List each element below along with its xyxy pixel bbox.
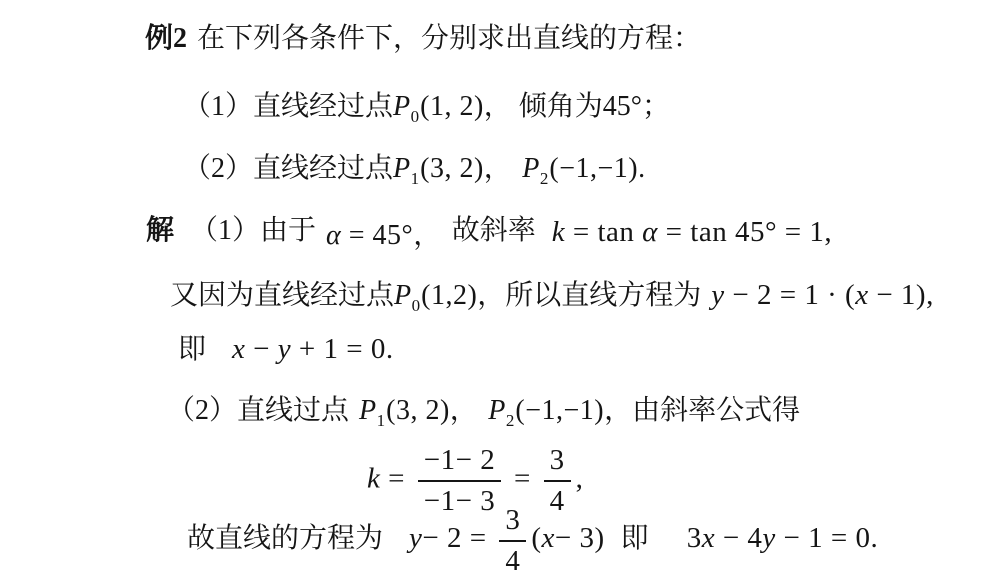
title-line: 例2在下列各条件下，分别求出直线的方程： [145,22,701,56]
final-point-slope-part1: − 2 = [422,522,494,554]
final-fraction-numerator: 3 [499,503,526,542]
point-p2-subscript-2: 2 [506,411,515,430]
final-equation-text: 故直线的方程为 [187,523,383,554]
point-slope-equation-part1: − 2 = 1 · ( [725,279,856,311]
point-p0-symbol: P [393,91,411,122]
point-p1-subscript-2: 1 [377,411,386,430]
slope-fraction-2-numerator: 3 [544,443,571,482]
ji-label: 即 [178,334,206,365]
y-symbol-3: y [409,522,422,554]
condition-1-line: （1）直线经过点P0(1, 2)， 倾角为45°； [183,90,670,127]
result-1-rest: + 1 = 0. [291,333,393,365]
slope-text: 故斜率 [452,215,536,246]
k-equation-part2: = tan 45° = 1, [658,216,832,248]
solution-2-intro: （2）直线过点 [167,395,349,426]
condition-1-angle: ， 倾角为45°； [484,91,670,122]
k-equation-part1: = tan [565,216,642,248]
point-p0-symbol-2: P [394,280,412,311]
title-text: 在下列各条件下，分别求出直线的方程： [197,23,701,54]
point-p0-coords: (1, 2) [420,91,484,122]
point-p1-subscript: 1 [411,169,420,188]
final-fraction: 34 [499,503,526,576]
point-p0-coords-2: (1,2) [421,280,477,311]
y-symbol: y [711,279,724,311]
point-p2-coords-2: (−1,−1) [515,395,604,426]
so-equation-text: ，所以直线方程为 [477,280,701,311]
k-symbol-2: k [367,462,380,494]
solution-2-line-1: （2）直线过点P1(3, 2)，P2(−1,−1)，由斜率公式得 [167,394,800,431]
point-p1-coords-2: (3, 2)， [386,395,478,426]
slope-equals-2: = [506,462,538,494]
general-equation-end: − 1 = 0. [776,522,878,554]
slope-equals-1: = [380,462,412,494]
final-point-slope-part2: − 3) [555,522,605,554]
point-p0-subscript-2: 0 [412,296,421,315]
y-symbol-4: y [762,522,775,554]
condition-1-text: （1）直线经过点 [183,91,393,122]
example-label: 例2 [145,23,187,54]
slope-formula-text: ，由斜率公式得 [604,395,800,426]
solution-1-line-2: 又因为直线经过点P0(1,2)，所以直线方程为y − 2 = 1 · (x − … [170,278,934,316]
x-symbol: x [855,279,868,311]
final-fraction-denominator: 4 [499,542,526,576]
point-p2-symbol-2: P [488,395,506,426]
point-p1-symbol-2: P [359,395,377,426]
solve-label: 解 [146,215,174,246]
condition-2-text: （2）直线经过点 [183,153,393,184]
x-symbol-3: x [542,522,555,554]
ji-label-2: 即 [621,523,649,554]
point-p2-symbol: P [522,153,540,184]
point-p2-coords: (−1,−1). [549,153,645,184]
y-symbol-2: y [278,333,291,365]
alpha-symbol-2: α [642,216,658,248]
slope-comma: , [576,462,584,494]
x-symbol-2: x [232,333,245,365]
slope-fraction-1-numerator: −1− 2 [418,443,501,482]
point-p1-coords: (3, 2)， [420,153,512,184]
general-equation-mid: − 4 [715,522,762,554]
solution-1-line-3: 即x − y + 1 = 0. [178,332,394,367]
solution-2-final-line: 故直线的方程为y− 2 = 34(x− 3)即3x − 4y − 1 = 0. [187,503,878,576]
textbook-page: 例2在下列各条件下，分别求出直线的方程： （1）直线经过点P0(1, 2)， 倾… [0,0,1005,576]
point-p2-subscript: 2 [540,169,549,188]
x-symbol-4: x [702,522,715,554]
condition-2-line: （2）直线经过点P1(3, 2)，P2(−1,−1). [183,152,646,189]
general-equation-coef1: 3 [687,522,702,554]
alpha-symbol: α [326,220,341,251]
solution-1-line-1: 解（1）由于α = 45°，故斜率k = tan α = tan 45° = 1… [146,213,832,248]
final-point-slope-paren: ( [531,522,541,554]
alpha-equation: = 45°， [341,220,442,251]
point-p0-subscript: 0 [411,107,420,126]
result-1-operator: − [245,333,277,365]
point-p1-symbol: P [393,153,411,184]
solution-1-intro: （1）由于 [190,215,316,246]
because-text: 又因为直线经过点 [170,280,394,311]
k-symbol: k [552,216,565,248]
point-slope-equation-part2: − 1), [869,279,934,311]
